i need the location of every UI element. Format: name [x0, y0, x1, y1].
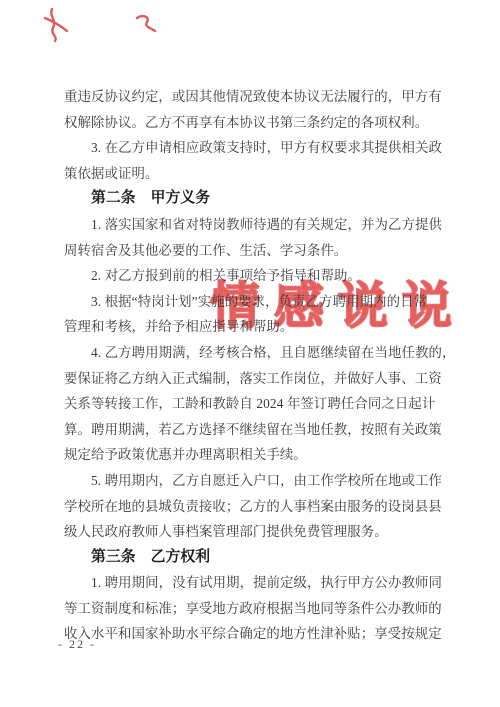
document-line: 3. 在乙方申请相应政策支持时，甲方有权要求其提供相关政 — [64, 135, 442, 161]
section-heading: 第二条 甲方义务 — [64, 186, 442, 212]
document-line: 级人民政府教师人事档案管理部门提供免费管理服务。 — [64, 519, 442, 545]
document-line: 规定给予政策优惠并办理离职相关手续。 — [64, 442, 442, 468]
document-line: 1. 落实国家和省对特岗教师待遇的有关规定，并为乙方提供 — [64, 212, 442, 238]
document-line: 算。聘用期满，若乙方选择不继续留在当地任教，按照有关政策 — [64, 417, 442, 443]
document-line: 等工资制度和标准；享受地方政府根据当地同等条件公办教师的 — [64, 596, 442, 622]
document-line: 周转宿舍及其他必要的工作、生活、学习条件。 — [64, 238, 442, 264]
document-page: 情感说说 重违反协议约定，或因其他情况致使本协议无法履行的，甲方有权解除协议。乙… — [0, 0, 500, 707]
document-line: 2. 对乙方报到前的相关事项给予指导和帮助。 — [64, 263, 442, 289]
red-scribble-2 — [137, 16, 155, 31]
red-scribble-1 — [51, 9, 55, 41]
document-line: 关系等转接工作，工龄和教龄自 2024 年签订聘任合同之日起计 — [64, 391, 442, 417]
section-heading: 第三条 乙方权利 — [64, 545, 442, 571]
document-line: 要保证将乙方纳入正式编制，落实工作岗位，并做好人事、工资 — [64, 366, 442, 392]
document-line: 权解除协议。乙方不再享有本协议书第三条约定的各项权利。 — [64, 110, 442, 136]
red-pen-scribbles — [0, 0, 200, 55]
document-line: 1. 聘用期间，没有试用期，提前定级，执行甲方公办教师同 — [64, 570, 442, 596]
document-line: 收入水平和国家补助水平综合确定的地方性津补贴；享受按规定 — [64, 621, 442, 647]
document-line: 5. 聘用期内，乙方自愿迁入户口，由工作学校所在地或工作 — [64, 468, 442, 494]
document-line: 策依据或证明。 — [64, 161, 442, 187]
document-line: 重违反协议约定，或因其他情况致使本协议无法履行的，甲方有 — [64, 84, 442, 110]
document-line: 学校所在地的县城负责接收；乙方的人事档案由服务的设岗县县 — [64, 494, 442, 520]
document-line: 3. 根据“特岗计划”实施的要求，负责乙方聘用期内的日常 — [64, 289, 442, 315]
document-line: 4. 乙方聘用期满，经考核合格，且自愿继续留在当地任教的， — [64, 340, 442, 366]
document-body: 重违反协议约定，或因其他情况致使本协议无法履行的，甲方有权解除协议。乙方不再享有… — [64, 84, 442, 647]
page-number: - 22 - — [58, 636, 96, 652]
document-line: 管理和考核，并给予相应指导和帮助。 — [64, 314, 442, 340]
